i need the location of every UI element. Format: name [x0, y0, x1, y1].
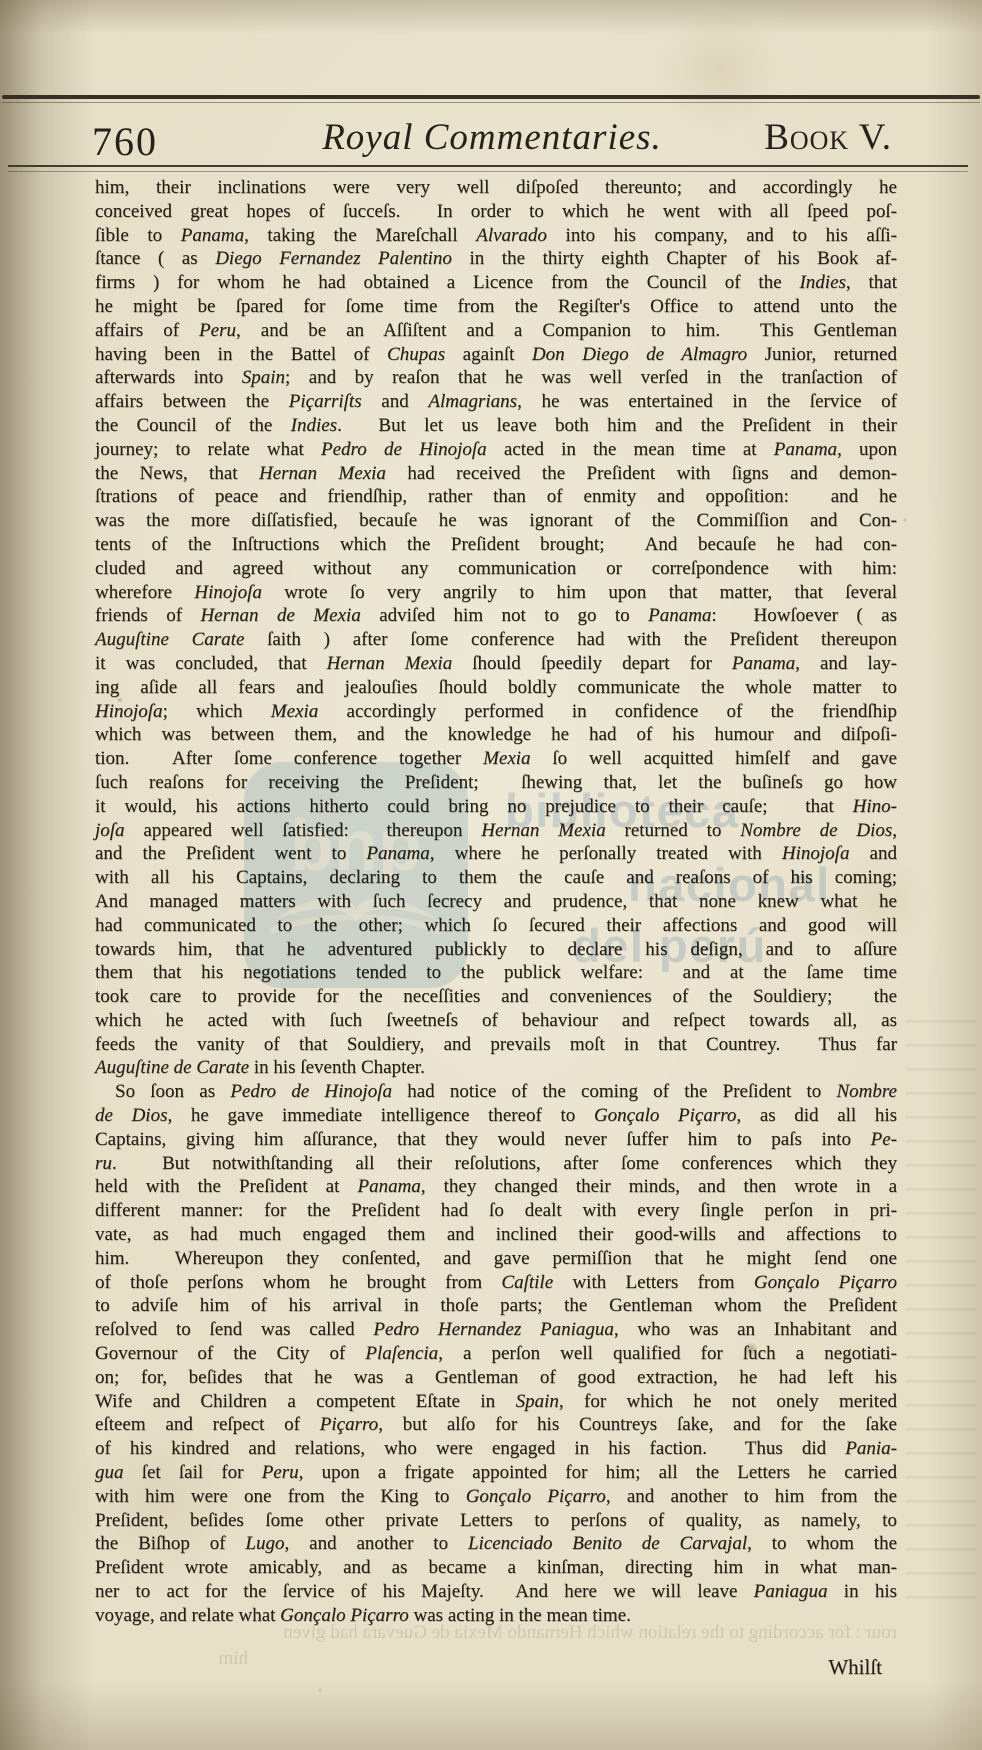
text-line: ing aſide all fears and jealouſies ſhoul… [95, 676, 897, 700]
text-line: took care to provide for the neceſſities… [95, 985, 897, 1009]
text-line: affairs of Peru, and be an Aſſiſtent and… [95, 319, 897, 343]
text-line: And managed matters with ſuch ſecrecy an… [95, 890, 897, 914]
text-line: journey; to relate what Pedro de Hinojoſ… [95, 438, 897, 462]
show-through-margin [906, 1020, 976, 1620]
header-rule-echo [8, 171, 968, 172]
text-line: affairs between the Piçarriſts and Almag… [95, 390, 897, 414]
text-line: which was between them, and the knowledg… [95, 723, 897, 747]
text-line: ner to act for the ſervice of his Majeſt… [95, 1580, 897, 1604]
text-line: and the Preſident went to Panama, where … [95, 842, 897, 866]
text-line: joſa appeared well ſatisfied: thereupon … [95, 819, 897, 843]
text-line: tion. After ſome conference together Mex… [95, 747, 897, 771]
text-line: firms ) for whom he had obtained a Licen… [95, 271, 897, 295]
top-rule-echo [2, 102, 980, 103]
text-line: reſolved to ſend was called Pedro Hernan… [95, 1318, 897, 1342]
text-line: conceived great hopes of ſucceſs. In ord… [95, 200, 897, 224]
text-line: to adviſe him of his arrival in thoſe pa… [95, 1294, 897, 1318]
text-line: eſteem and reſpect of Piçarro, but alſo … [95, 1413, 897, 1437]
text-line: him, their inclinations were very well d… [95, 176, 897, 200]
top-rule [2, 95, 980, 99]
text-line: So ſoon as Pedro de Hinojoſa had notice … [95, 1080, 897, 1104]
text-line: ſuch reaſons for receiving the Preſident… [95, 771, 897, 795]
text-line: Wife and Children a competent Eſtate in … [95, 1390, 897, 1414]
text-line: him. Whereupon they conſented, and gave … [95, 1247, 897, 1271]
text-line: Auguſtine de Carate in his ſeventh Chapt… [95, 1056, 897, 1080]
text-line: held with the Preſident at Panama, they … [95, 1175, 897, 1199]
text-line: Governour of the City of Plaſencia, a pe… [95, 1342, 897, 1366]
text-line: the Council of the Indies. But let us le… [95, 414, 897, 438]
text-line: ſible to Panama, taking the Mareſchall A… [95, 224, 897, 248]
text-line: Auguſtine Carate ſaith ) after ſome conf… [95, 628, 897, 652]
text-line: ru. But notwithſtanding all their reſolu… [95, 1152, 897, 1176]
text-line: cluded and agreed without any communicat… [95, 557, 897, 581]
text-line: towards him, that he adventured publickl… [95, 938, 897, 962]
text-line: friends of Hernan de Mexia adviſed him n… [95, 604, 897, 628]
text-line: of his kindred and relations, who were e… [95, 1437, 897, 1461]
book-label: Book V. [764, 116, 892, 159]
text-line: wherefore Hinojoſa wrote ſo very angrily… [95, 581, 897, 605]
body-text: him, their inclinations were very well d… [95, 176, 897, 1628]
text-line: had communicated to the other; which ſo … [95, 914, 897, 938]
text-line: it would, his actions hitherto could bri… [95, 795, 897, 819]
text-line: it was concluded, that Hernan Mexia ſhou… [95, 652, 897, 676]
text-line: feeds the vanity of that Souldiery, and … [95, 1033, 897, 1057]
text-line: Preſident, beſides ſome other private Le… [95, 1509, 897, 1533]
text-line: of thoſe perſons whom he brought from Ca… [95, 1271, 897, 1295]
book-page: 760 Royal Commentaries. Book V. him, the… [0, 0, 982, 1750]
text-line: different manner: for the Preſident had … [95, 1199, 897, 1223]
text-line: Hinojoſa; which Mexia accordingly perfor… [95, 700, 897, 724]
text-line: ſtance ( as Diego Fernandez Palentino in… [95, 247, 897, 271]
text-line: Captains, giving him aſſurance, that the… [95, 1128, 897, 1152]
ghost-text-line: him [128, 1648, 248, 1670]
text-line: tents of the Inſtructions which the Preſ… [95, 533, 897, 557]
text-line: which he acted with ſuch ſweetneſs of be… [95, 1009, 897, 1033]
text-line: ſtrations of peace and friendſhip, rathe… [95, 485, 897, 509]
text-line: he might be ſpared for ſome time from th… [95, 295, 897, 319]
text-line: afterwards into Spain; and by reaſon tha… [95, 366, 897, 390]
text-line: the News, that Hernan Mexia had received… [95, 462, 897, 486]
text-line: them that his negotiations tended to the… [95, 961, 897, 985]
text-line: having been in the Battel of Chupas agai… [95, 343, 897, 367]
text-line: de Dios, he gave immediate intelligence … [95, 1104, 897, 1128]
text-line: on; for, beſides that he was a Gentleman… [95, 1366, 897, 1390]
text-line: Preſident wrote amicably, and as became … [95, 1556, 897, 1580]
ghost-text-line: rour : for according to the relation whi… [95, 1622, 897, 1644]
catchword: Whilſt [828, 1655, 882, 1680]
header-rule [8, 165, 968, 167]
text-line: was the more diſſatisfied, becauſe he wa… [95, 509, 897, 533]
running-header: 760 Royal Commentaries. Book V. [92, 112, 892, 164]
text-line: gua ſet ſail for Peru, upon a frigate ap… [95, 1461, 897, 1485]
text-line: vate, as had much engaged them and incli… [95, 1223, 897, 1247]
text-line: with all his Captains, declaring to them… [95, 866, 897, 890]
text-line: the Biſhop of Lugo, and another to Licen… [95, 1532, 897, 1556]
text-line: with him were one from the King to Gonça… [95, 1485, 897, 1509]
